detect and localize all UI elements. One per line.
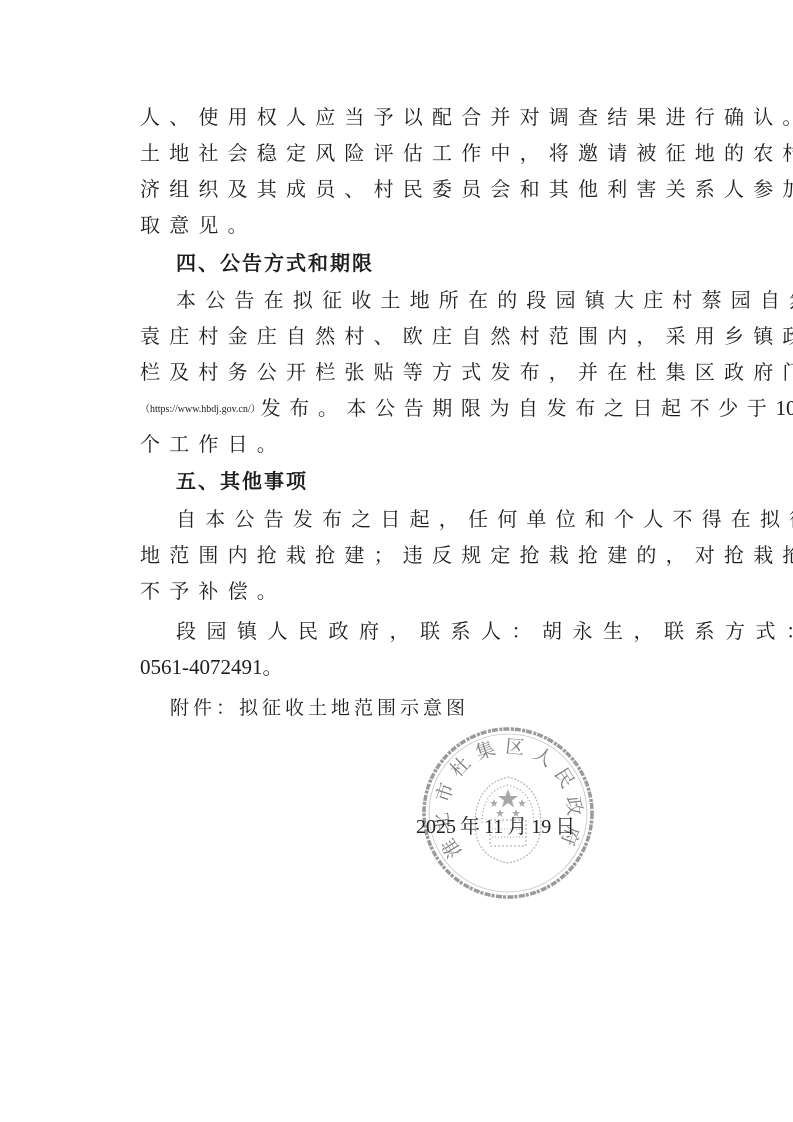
paragraph-line: 袁庄村金庄自然村、欧庄自然村范围内，采用乡镇政务公开 bbox=[140, 318, 692, 354]
paragraph-line: 地范围内抢栽抢建；违反规定抢栽抢建的，对抢栽抢建部分 bbox=[140, 537, 692, 573]
period-number: 10 bbox=[775, 396, 793, 420]
seal-char: 区 bbox=[504, 735, 525, 759]
paragraph-line: （https://www.hbdj.gov.cn/）发布。本公告期限为自发布之日… bbox=[140, 390, 692, 428]
paragraph-line: 自本公告发布之日起，任何单位和个人不得在拟征收土 bbox=[176, 501, 692, 537]
contact-phone: 0561-4072491 bbox=[140, 655, 263, 679]
website-url: （https://www.hbdj.gov.cn/） bbox=[140, 404, 261, 415]
date-month: 11 bbox=[484, 816, 503, 838]
paragraph-line: 人、使用权人应当予以配合并对调查结果进行确认。拟征收 bbox=[140, 99, 692, 135]
section-heading-4: 四、公告方式和期限 bbox=[176, 245, 728, 281]
paragraph-text: 发布。本公告期限为自发布之日起不少于 bbox=[261, 396, 776, 420]
date-unit: 年 bbox=[460, 814, 480, 838]
issue-date: 2025年11月19日 bbox=[416, 812, 579, 841]
paragraph-line: 个工作日。 bbox=[140, 426, 692, 462]
seal-char: 市 bbox=[432, 780, 459, 805]
seal-char: 民 bbox=[550, 764, 579, 792]
paragraph-line: 不予补偿。 bbox=[140, 573, 692, 609]
seal-char: 集 bbox=[473, 737, 498, 764]
date-year: 2025 bbox=[416, 816, 456, 838]
paragraph-line: 栏及村务公开栏张贴等方式发布，并在杜集区政府门户网站 bbox=[140, 354, 692, 390]
seal-char: 杜 bbox=[446, 753, 475, 782]
section-heading-5: 五、其他事项 bbox=[176, 463, 728, 499]
seal-char: 人 bbox=[529, 743, 557, 772]
contact-phone-line: 0561-4072491。 bbox=[140, 649, 692, 685]
document-page: 人、使用权人应当予以配合并对调查结果进行确认。拟征收 土地社会稳定风险评估工作中… bbox=[0, 0, 793, 1122]
date-day: 19 bbox=[531, 816, 551, 838]
paragraph-line: 济组织及其成员、村民委员会和其他利害关系人参加，并听 bbox=[140, 171, 692, 207]
paragraph-line: 本公告在拟征收土地所在的段园镇大庄村蔡园自然村、 bbox=[176, 282, 692, 318]
date-unit: 月 bbox=[507, 814, 527, 838]
paragraph-line: 取意见。 bbox=[140, 207, 692, 243]
contact-line: 段园镇人民政府，联系人：胡永生，联系方式： bbox=[176, 613, 692, 649]
punctuation: 。 bbox=[263, 655, 283, 679]
date-unit: 日 bbox=[555, 814, 575, 838]
paragraph-line: 土地社会稳定风险评估工作中，将邀请被征地的农村集体经 bbox=[140, 135, 692, 171]
attachment-line: 附件：拟征收土地范围示意图 bbox=[170, 690, 686, 726]
